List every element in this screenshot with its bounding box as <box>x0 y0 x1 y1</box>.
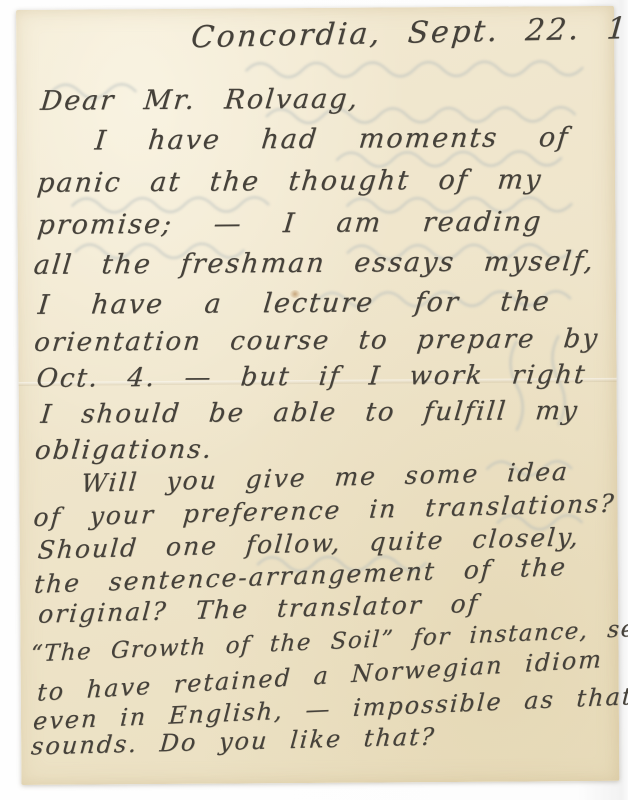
letter-line: all the freshman essays myself, <box>32 246 596 281</box>
letter-line: orientation course to prepare by <box>33 324 601 358</box>
letter-salutation: Dear Mr. Rolvaag, <box>39 84 361 117</box>
letter-line: I have had moments of <box>93 122 570 156</box>
letter-line: promise; — I am reading <box>36 206 544 241</box>
letter-dateline: Concordia, Sept. 22. 1926 <box>190 10 628 56</box>
letter-line: I should be able to fulfill my <box>39 396 580 430</box>
letter-line: obligations. <box>34 435 215 466</box>
letter-line: Oct. 4. — but if I work right <box>35 360 588 394</box>
letter-paper-sheet: Concordia, Sept. 22. 1926 Dear Mr. Rolva… <box>16 6 619 785</box>
letter-line: I have a lecture for the <box>37 286 553 321</box>
letter-line: panic at the thought of my <box>36 164 544 199</box>
scanned-letter-page: Concordia, Sept. 22. 1926 Dear Mr. Rolva… <box>0 0 628 800</box>
